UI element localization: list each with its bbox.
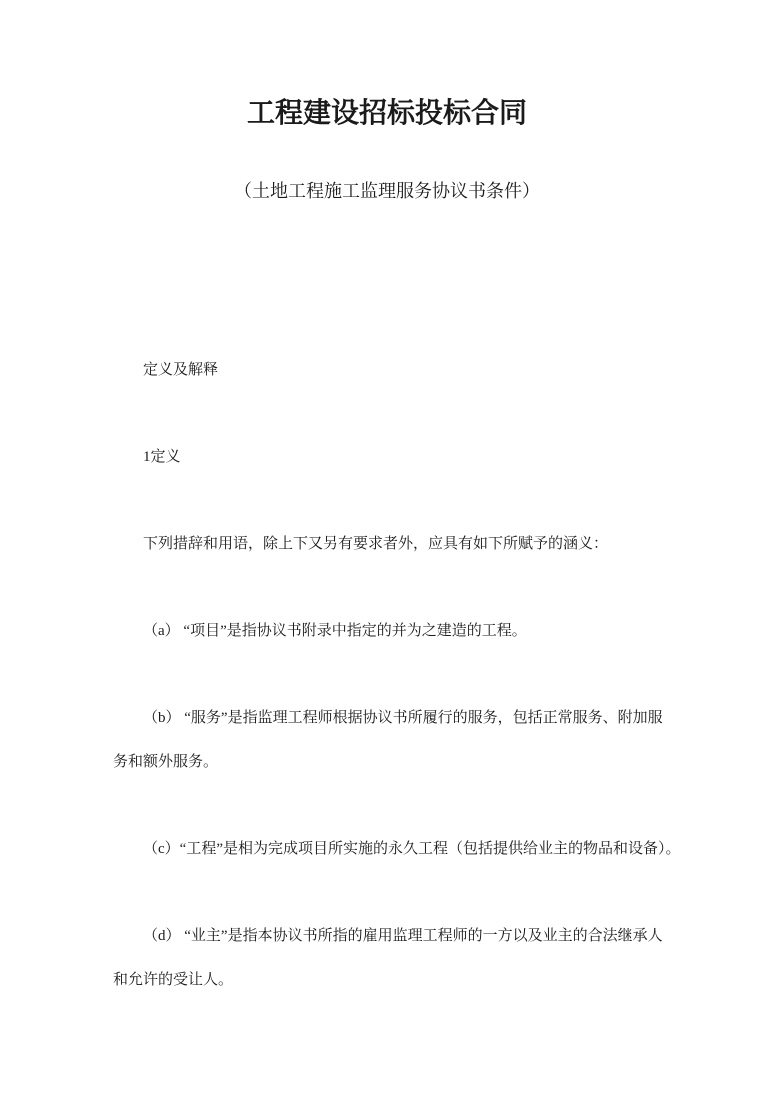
- paragraph: 定义及解释: [113, 348, 696, 392]
- paragraph: （b） “服务”是指监理工程师根据协议书所履行的服务，包括正常服务、附加服 务和…: [113, 696, 696, 784]
- document-page: 工程建设招标投标合同 （土地工程施工监理服务协议书条件） 定义及解释1定义下列措…: [0, 0, 774, 1095]
- document-body: 定义及解释1定义下列措辞和用语，除上下又另有要求者外，应具有如下所赋予的涵义：（…: [113, 348, 696, 1002]
- document-title: 工程建设招标投标合同: [0, 100, 774, 128]
- paragraph: （a） “项目”是指协议书附录中指定的并为之建造的工程。: [113, 609, 696, 653]
- document-subtitle: （土地工程施工监理服务协议书条件）: [0, 182, 774, 200]
- paragraph: （d） “业主”是指本协议书所指的雇用监理工程师的一方以及业主的合法继承人 和允…: [113, 914, 696, 1002]
- paragraph: 1定义: [113, 435, 696, 479]
- paragraph: 下列措辞和用语，除上下又另有要求者外，应具有如下所赋予的涵义：: [113, 522, 696, 566]
- paragraph: （c）“工程”是相为完成项目所实施的永久工程（包括提供给业主的物品和设备）。: [113, 827, 696, 871]
